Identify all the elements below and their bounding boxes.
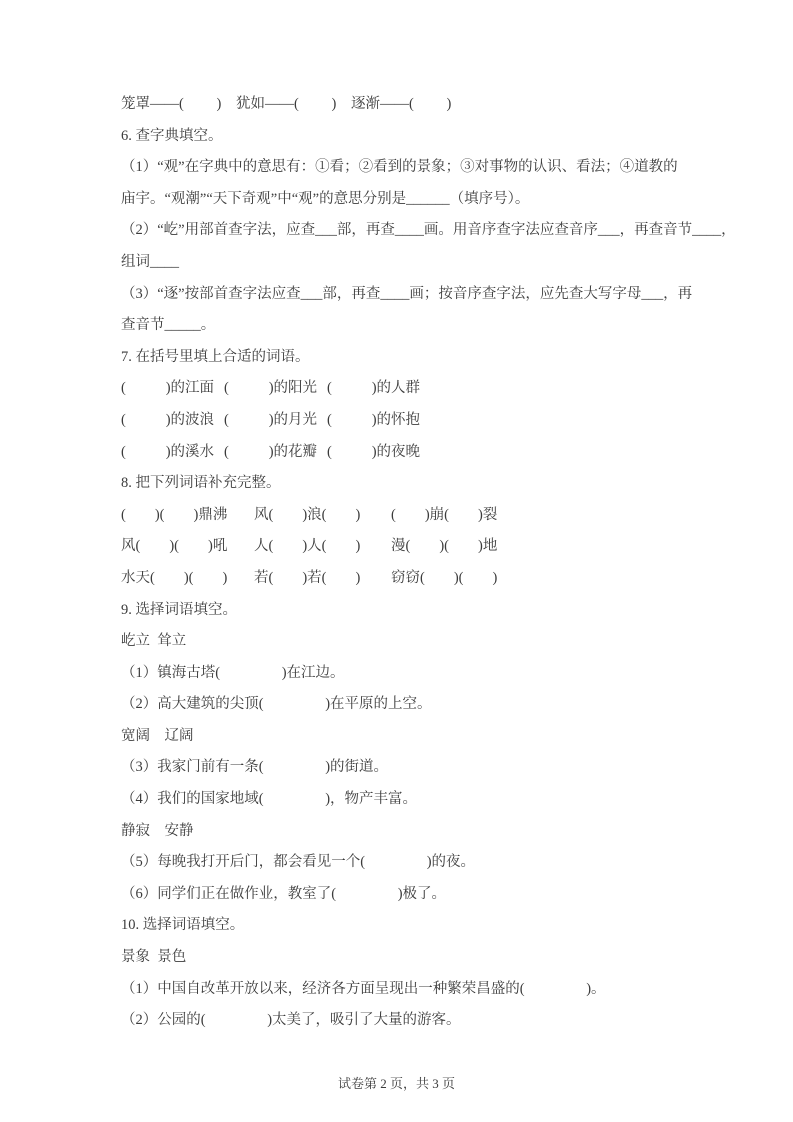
q8-idiom-blank: 水天( )( ): [121, 563, 254, 595]
q7-blank-phrase: ( )的阳光: [224, 373, 327, 405]
q9-item-4: （4）我们的国家地域( )，物产丰富。: [121, 784, 686, 816]
q7-row-3: ( )的溪水 ( )的花瓣 ( )的夜晚: [121, 437, 686, 469]
q7-row-2: ( )的波浪 ( )的月光 ( )的怀抱: [121, 405, 686, 437]
q7-blank-phrase: ( )的溪水: [121, 437, 224, 469]
q8-idiom-blank: 漫( )( )地: [391, 531, 497, 563]
q9-word-bank-1: 屹立 耸立: [121, 626, 686, 658]
q6-item1-line1: （1）“观”在字典中的意思有：①看；②看到的景象；③对事物的认识、看法；④道教的: [121, 152, 686, 184]
q7-blank-phrase: ( )的月光: [224, 405, 327, 437]
q8-idiom-blank: 风( )浪( ): [254, 500, 391, 532]
q7-blank-phrase: ( )的怀抱: [327, 405, 420, 437]
q8-idiom-blank: 窃窃( )( ): [391, 563, 497, 595]
q5-synonym-pair-3: 逐渐——( ): [351, 89, 451, 121]
q7-blank-phrase: ( )的夜晚: [327, 437, 420, 469]
q9-title: 9. 选择词语填空。: [121, 595, 686, 627]
q9-word-bank-3: 静寂 安静: [121, 816, 686, 848]
q8-row-2: 风( )( )吼 人( )人( ) 漫( )( )地: [121, 531, 686, 563]
q9-item-2: （2）高大建筑的尖顶( )在平原的上空。: [121, 689, 686, 721]
q7-blank-phrase: ( )的花瓣: [224, 437, 327, 469]
q9-word-bank-2: 宽阔 辽阔: [121, 721, 686, 753]
q7-blank-phrase: ( )的波浪: [121, 405, 224, 437]
q9-item-5: （5）每晚我打开后门，都会看见一个( )的夜。: [121, 847, 686, 879]
q8-title: 8. 把下列词语补充完整。: [121, 468, 686, 500]
q10-title: 10. 选择词语填空。: [121, 910, 686, 942]
q8-row-1: ( )( )鼎沸 风( )浪( ) ( )崩( )裂: [121, 500, 686, 532]
q7-title: 7. 在括号里填上合适的词语。: [121, 342, 686, 374]
q5-synonym-pair-2: 犹如——( ): [236, 89, 351, 121]
q8-idiom-blank: ( )崩( )裂: [391, 500, 497, 532]
page-footer: 试卷第 2 页，共 3 页: [0, 1073, 793, 1092]
q6-item3-line2: 查音节_____。: [121, 310, 686, 342]
q5-synonym-match-row: 笼罩——( ) 犹如——( ) 逐渐——( ): [121, 89, 686, 121]
q6-title: 6. 查字典填空。: [121, 121, 686, 153]
q5-synonym-pair-1: 笼罩——( ): [121, 89, 236, 121]
q8-idiom-blank: 若( )若( ): [254, 563, 391, 595]
q8-row-3: 水天( )( ) 若( )若( ) 窃窃( )( ): [121, 563, 686, 595]
q10-item-1: （1）中国自改革开放以来，经济各方面呈现出一种繁荣昌盛的( )。: [121, 974, 686, 1006]
q9-item-6: （6）同学们正在做作业，教室了( )极了。: [121, 879, 686, 911]
q9-item-3: （3）我家门前有一条( )的街道。: [121, 752, 686, 784]
q8-idiom-blank: ( )( )鼎沸: [121, 500, 254, 532]
test-paper-page: 笼罩——( ) 犹如——( ) 逐渐——( ) 6. 查字典填空。 （1）“观”…: [0, 0, 793, 1122]
q6-item1-line2: 庙宇。“观潮”“天下奇观”中“观”的意思分别是______（填序号）。: [121, 184, 686, 216]
q10-word-bank: 景象 景色: [121, 942, 686, 974]
q10-item-2: （2）公园的( )太美了，吸引了大量的游客。: [121, 1005, 686, 1037]
q6-item3-line1: （3）“逐”按部首查字法应查___部，再查____画；按音序查字法，应先查大写字…: [121, 279, 686, 311]
q7-row-1: ( )的江面 ( )的阳光 ( )的人群: [121, 373, 686, 405]
q9-item-1: （1）镇海古塔( )在江边。: [121, 658, 686, 690]
q7-blank-phrase: ( )的人群: [327, 373, 420, 405]
q6-item2-line1: （2）“屹”用部首查字法，应查___部，再查____画。用音序查字法应查音序__…: [121, 215, 686, 247]
q6-item2-line2: 组词____: [121, 247, 686, 279]
page-content: 笼罩——( ) 犹如——( ) 逐渐——( ) 6. 查字典填空。 （1）“观”…: [121, 89, 686, 1037]
q7-blank-phrase: ( )的江面: [121, 373, 224, 405]
q8-idiom-blank: 风( )( )吼: [121, 531, 254, 563]
q8-idiom-blank: 人( )人( ): [254, 531, 391, 563]
